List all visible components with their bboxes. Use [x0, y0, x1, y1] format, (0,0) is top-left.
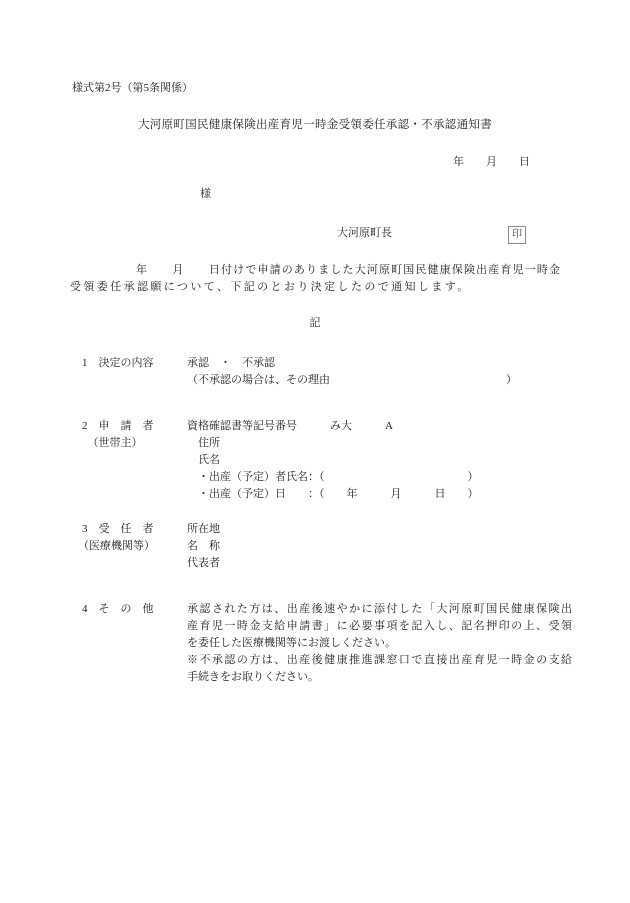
other-note-line-2: 産育児一時金支給申請書」に必要事項を記入し、記名押印の上、受領 — [187, 618, 572, 635]
applicant-cert-number: 資格確認書等記号番号 み大 A — [187, 418, 587, 435]
trustee-location: 所在地 — [187, 521, 587, 538]
applicant-name: 氏名 — [187, 452, 587, 469]
document-title: 大河原町国民健康保険出産育児一時金受領委任承認・不承認通知書 — [138, 119, 492, 131]
record-heading-row: 記 — [0, 315, 630, 332]
section-applicant-label: 2 申 請 者 — [82, 418, 187, 435]
applicant-birth-date: ・出産（予定）日 ：（ 年 月 日 ） — [187, 486, 587, 503]
document-title-row: 大河原町国民健康保険出産育児一時金受領委任承認・不承認通知書 — [0, 117, 630, 134]
record-heading: 記 — [310, 317, 321, 329]
document-page: 様式第2号（第5条関係） 大河原町国民健康保険出産育児一時金受領委任承認・不承認… — [0, 0, 630, 903]
form-number: 様式第2号（第5条関係） — [72, 80, 193, 97]
seal-stamp-label: 印 — [512, 229, 522, 240]
section-decision-label: 1 決定の内容 — [82, 355, 187, 372]
trustee-name: 名 称 — [187, 538, 587, 555]
date-line: 年 月 日 — [453, 154, 530, 171]
other-note-line-5: 手続きをお取りください。 — [187, 669, 587, 686]
body-line-2: 受領委任承認願について、下記のとおり決定したので通知します。 — [70, 279, 560, 296]
section-trustee-sublabel: （医療機関等） — [78, 538, 187, 555]
other-note-line-1: 承認された方は、出産後速やかに添付した「大河原町国民健康保険出 — [187, 601, 572, 618]
section-applicant-sublabel: （世帯主） — [82, 435, 187, 452]
other-note-line-4: ※不承認の方は、出産後健康推進課窓口で直接出産育児一時金の支給 — [187, 652, 572, 669]
body-paragraph: 年 月 日付けで申請のありました大河原町国民健康保険出産育児一時金 受領委任承認… — [70, 262, 560, 296]
applicant-address: 住所 — [187, 435, 587, 452]
section-trustee-label: 3 受 任 者 — [82, 521, 187, 538]
seal-stamp-box: 印 — [508, 226, 526, 244]
other-note-line-3: を委任した医療機関等にお渡しください。 — [187, 635, 587, 652]
section-other-label: 4 そ の 他 — [82, 601, 187, 618]
issuer-name: 大河原町長 — [337, 225, 392, 242]
decision-reason-blank: （不承認の場合は、その理由 ） — [187, 372, 587, 389]
applicant-birth-person: ・出産（予定）者氏名：（ ） — [187, 469, 587, 486]
addressee-suffix: 様 — [200, 186, 211, 203]
trustee-representative: 代表者 — [187, 555, 587, 572]
body-line-1: 年 月 日付けで申請のありました大河原町国民健康保険出産育児一時金 — [70, 262, 560, 279]
decision-choice: 承認 ・ 不承認 — [187, 355, 587, 372]
